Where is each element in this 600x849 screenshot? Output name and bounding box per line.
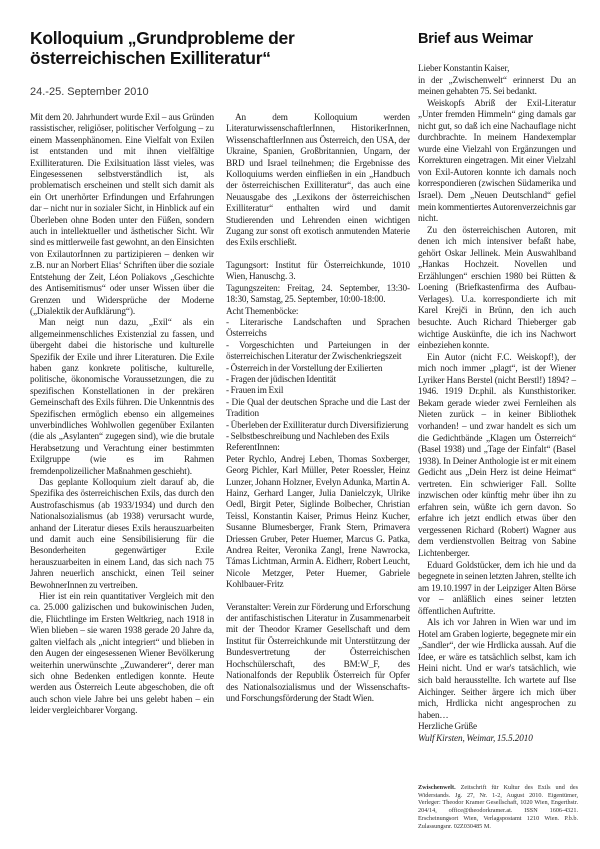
brief-aus-weimar-title: Brief aus Weimar xyxy=(418,31,578,47)
referenten-heading: ReferentInnen: xyxy=(226,442,410,453)
themen-list-item: - Frauen im Exil xyxy=(226,385,410,396)
journal-name: Zwischenwelt. xyxy=(418,784,456,791)
kolloquium-paragraph: Das geplante Kolloquium zielt darauf ab,… xyxy=(30,477,214,591)
referenten-names: Peter Rychlo, Andrej Leben, Thomas Soxbe… xyxy=(226,454,410,591)
veranstalter-paragraph: Veranstalter: Verein zur Förderung und E… xyxy=(226,602,410,705)
imprint-footer: Zwischenwelt. Zeitschrift für Kultur des… xyxy=(418,784,578,830)
brief-paragraph: Eduard Goldstücker, dem ich hie und da b… xyxy=(418,560,576,618)
kolloquium-article-date: 24.-25. September 2010 xyxy=(30,86,149,98)
themen-list-item: - Fragen der jüdischen Identität xyxy=(226,374,410,385)
brief-paragraph: Als ich vor Jahren in Wien war und im Ho… xyxy=(418,617,576,721)
kolloquium-paragraph: An dem Kolloquium werden Literaturwissen… xyxy=(226,112,410,249)
themen-heading: Acht Themenböcke: xyxy=(226,306,410,317)
brief-paragraph: Zu den österreichischen Autoren, mit den… xyxy=(418,225,576,352)
kolloquium-article-title: Kolloquium „Grundprobleme der österreich… xyxy=(30,28,375,68)
kolloquium-paragraph: Mit dem 20. Jahrhundert wurde Exil – aus… xyxy=(30,112,214,317)
kolloquium-paragraph: Hier ist ein rein quantitativer Vergleic… xyxy=(30,591,214,716)
brief-signature: Wulf Kirsten, Weimar, 15.5.2010 xyxy=(418,733,576,745)
themen-list-item: - Selbstbeschreibung und Nachleben des E… xyxy=(226,431,410,442)
themen-list-item: - Überleben der Exilliteratur durch Dive… xyxy=(226,420,410,431)
brief-paragraph: Ein Autor (nicht F.C. Weiskopf!), der mi… xyxy=(418,352,576,560)
kolloquium-paragraph: Man neigt nun dazu, „Exil“ als ein allge… xyxy=(30,317,214,477)
brief-paragraph: in der „Zwischenwelt“ erinnerst Du an me… xyxy=(418,75,576,98)
brief-closing: Herzliche Grüße xyxy=(418,721,576,733)
tagungszeiten-line: Tagungszeiten: Freitag, 24. September, 1… xyxy=(226,283,410,306)
brief-paragraph: Weiskopfs Abriß der Exil-Literatur „Unte… xyxy=(418,98,576,225)
imprint-text: Zeitschrift für Kultur des Exils und des… xyxy=(418,784,578,830)
themen-list-item: - Die Qual der deutschen Sprache und die… xyxy=(226,397,410,420)
themen-list-item: - Literarische Landschaften und Sprachen… xyxy=(226,317,410,340)
tagungsort-line: Tagungsort: Institut für Österreichkunde… xyxy=(226,260,410,283)
themen-list-item: - Österreich in der Vorstellung der Exil… xyxy=(226,363,410,374)
journal-page: Kolloquium „Grundprobleme der österreich… xyxy=(0,0,600,849)
column-2: An dem Kolloquium werden Literaturwissen… xyxy=(226,112,410,704)
column-3: Lieber Konstantin Kaiser, in der „Zwisch… xyxy=(418,63,576,744)
column-1: Mit dem 20. Jahrhundert wurde Exil – aus… xyxy=(30,112,214,717)
themen-list-item: - Vorgeschichten und Parteiungen in der … xyxy=(226,340,410,363)
brief-salutation: Lieber Konstantin Kaiser, xyxy=(418,63,576,75)
